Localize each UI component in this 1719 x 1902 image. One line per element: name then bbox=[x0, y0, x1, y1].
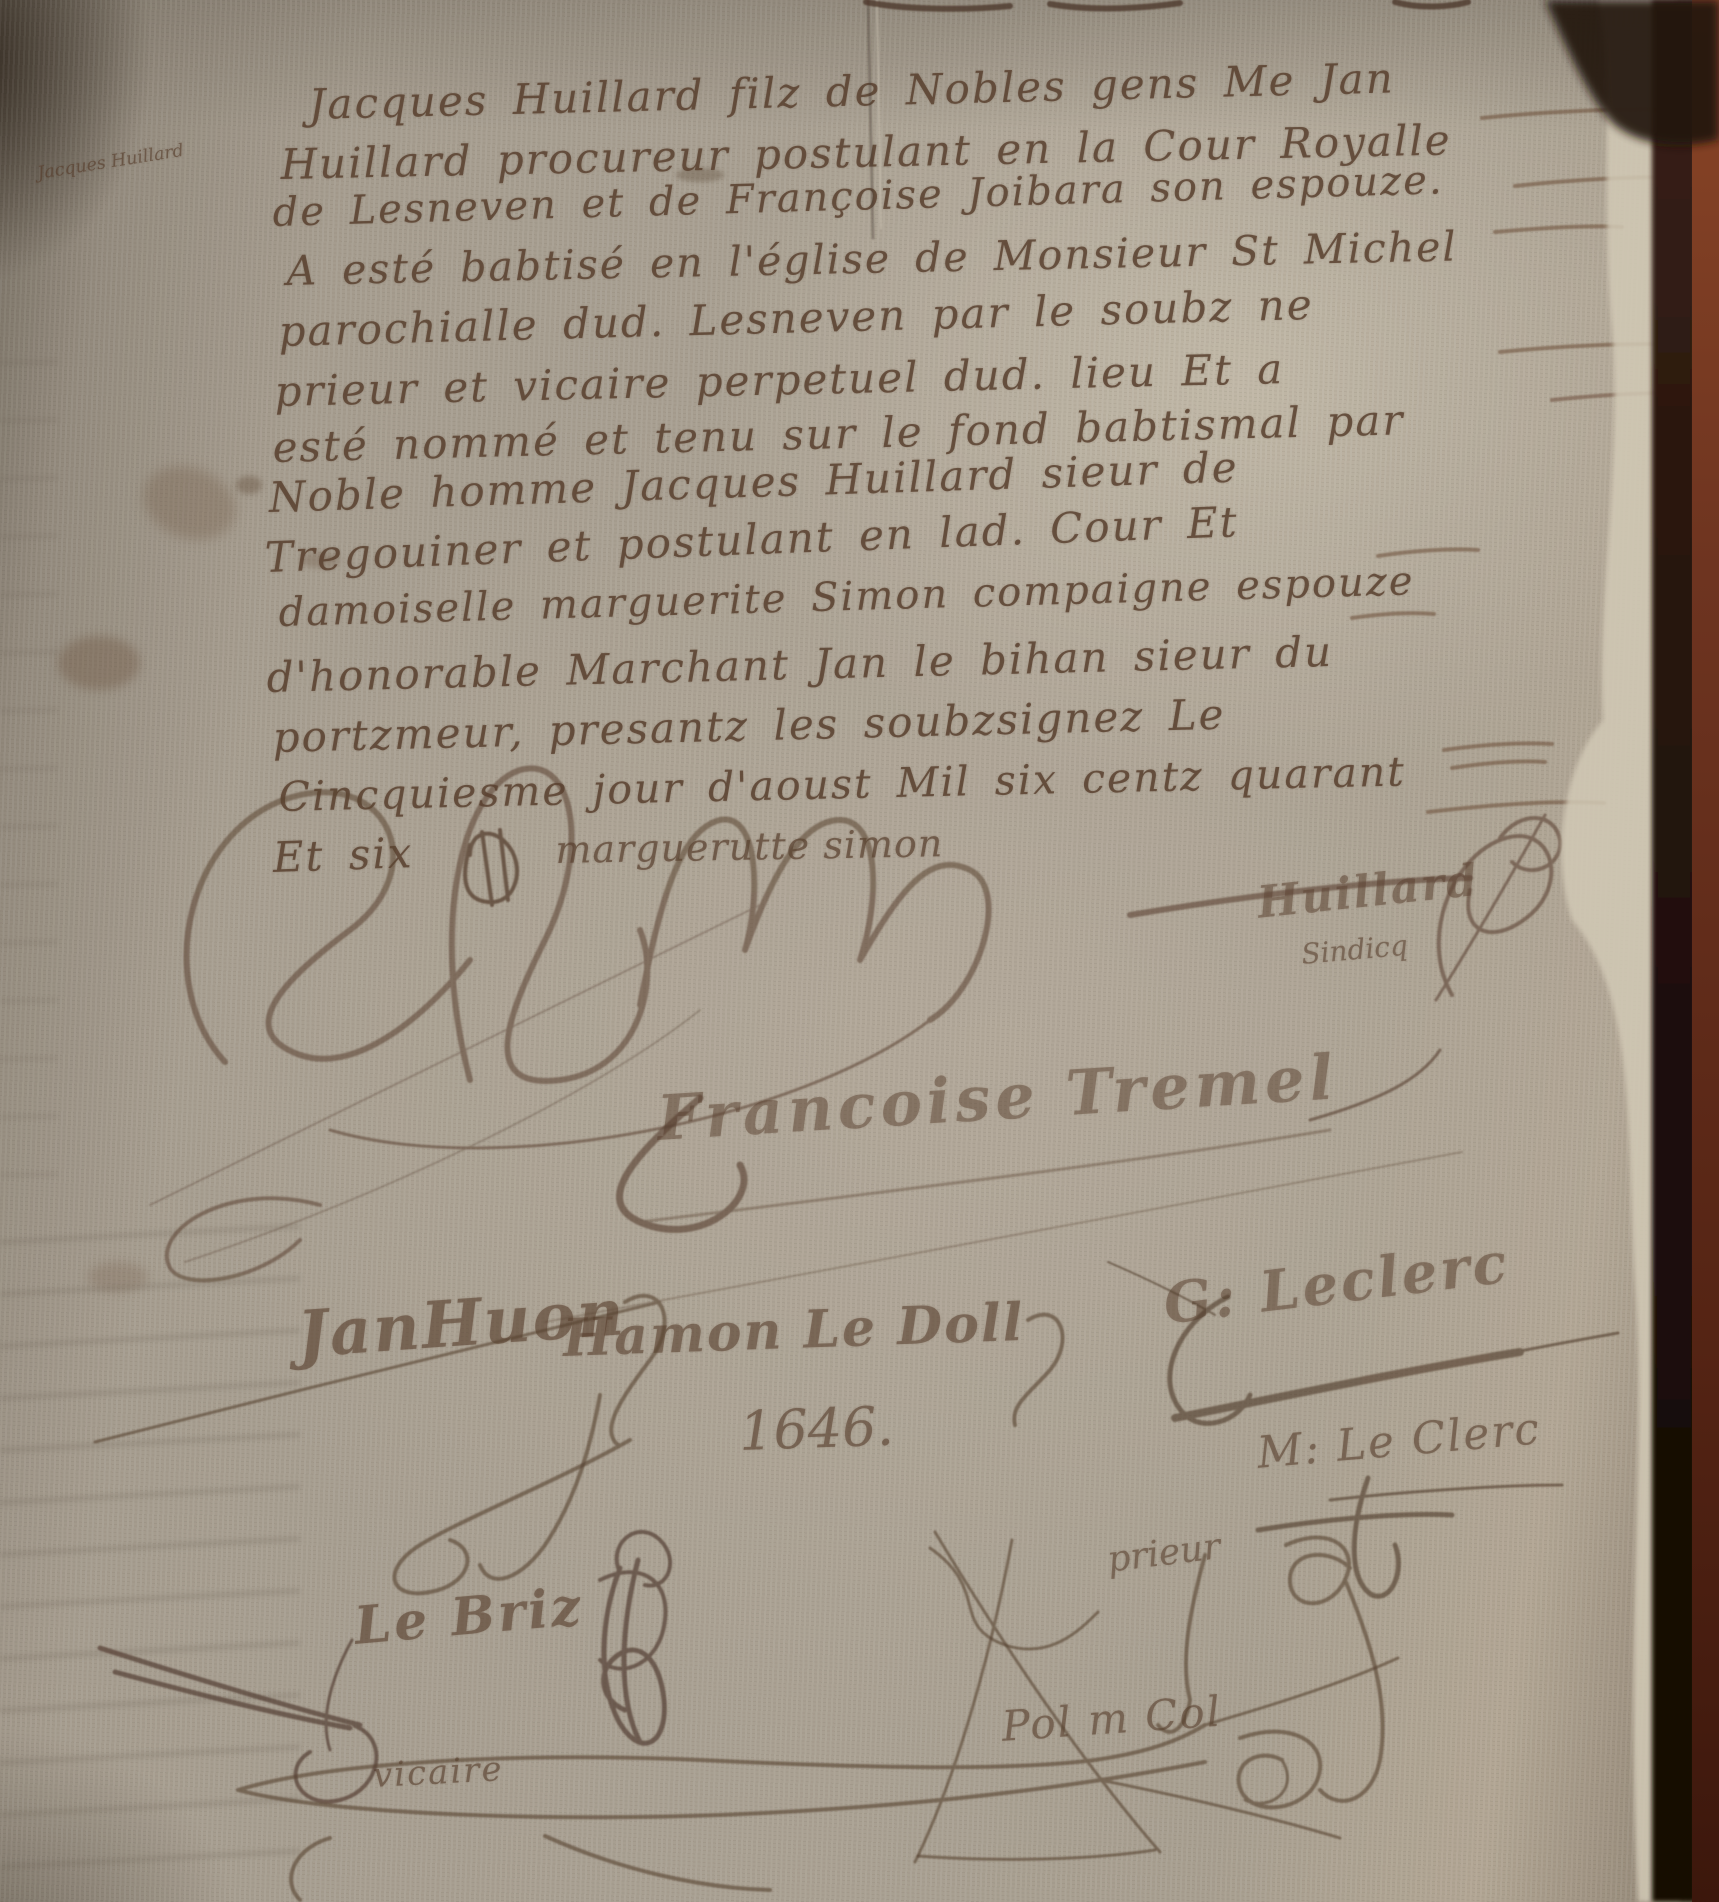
top-edge-text-remnant bbox=[866, 2, 1468, 9]
signature-g-leclerc: G: Leclerc bbox=[1160, 1230, 1513, 1338]
ink-stain bbox=[236, 476, 262, 494]
signature-year: 1646. bbox=[738, 1395, 895, 1463]
body-line-13: Cincquiesme jour d'aoust Mil six centz q… bbox=[278, 747, 1406, 821]
deckle-edge bbox=[1562, 0, 1680, 1902]
margin-note: Jacques Huillard bbox=[36, 141, 185, 184]
signature-prieur: prieur bbox=[1105, 1526, 1223, 1581]
top-right-shadow bbox=[1545, 0, 1719, 145]
book-edge-maroon bbox=[1692, 0, 1719, 1902]
signature-huillard-title: Sindicq bbox=[1300, 929, 1409, 971]
vicaire-underline-loop bbox=[238, 1532, 1398, 1862]
body-line-1: Jacques Huillard filz de Nobles gens Me … bbox=[308, 53, 1395, 129]
paper-grain bbox=[0, 0, 1719, 1902]
ink-stain bbox=[58, 636, 140, 690]
body-line-14: Et six bbox=[272, 828, 414, 882]
signature-le-briz: Le Briz bbox=[352, 1576, 586, 1657]
signature-huillard: Huillard bbox=[1255, 855, 1481, 929]
prieur-paraph bbox=[930, 1538, 1383, 1801]
line-filler-dashes bbox=[1352, 109, 1697, 812]
book-edge-dark bbox=[1652, 0, 1696, 1902]
signature-hamon-le-doll: Hamon Le Doll bbox=[562, 1292, 1025, 1369]
ink-stain bbox=[133, 454, 246, 552]
body-line-12: portzmeur, presantz les soubzsignez Le bbox=[272, 690, 1226, 762]
ink-stain bbox=[88, 1262, 148, 1292]
bleedthrough-ghost-lines bbox=[0, 320, 58, 1200]
signature-francoise-tremel: Francoise Tremel bbox=[655, 1040, 1340, 1154]
etsix-monogram bbox=[465, 830, 517, 905]
signature-bottom-right: Pol m Col bbox=[1000, 1687, 1224, 1751]
manuscript-page: Jacques Huillard Jacques Huillard filz d… bbox=[0, 0, 1719, 1902]
bleedthrough-ghost-lines bbox=[0, 1205, 300, 1900]
signature-vicaire: vicaire bbox=[372, 1749, 505, 1796]
m-leclerc-underline bbox=[1258, 1478, 1562, 1596]
ink-flourishes-layer bbox=[0, 0, 1719, 1902]
signature-m-leclerc: M: Le Clerc bbox=[1255, 1403, 1543, 1479]
page-edge bbox=[1545, 0, 1719, 1902]
signature-marguerite-simon: marguerutte simon bbox=[555, 821, 944, 872]
